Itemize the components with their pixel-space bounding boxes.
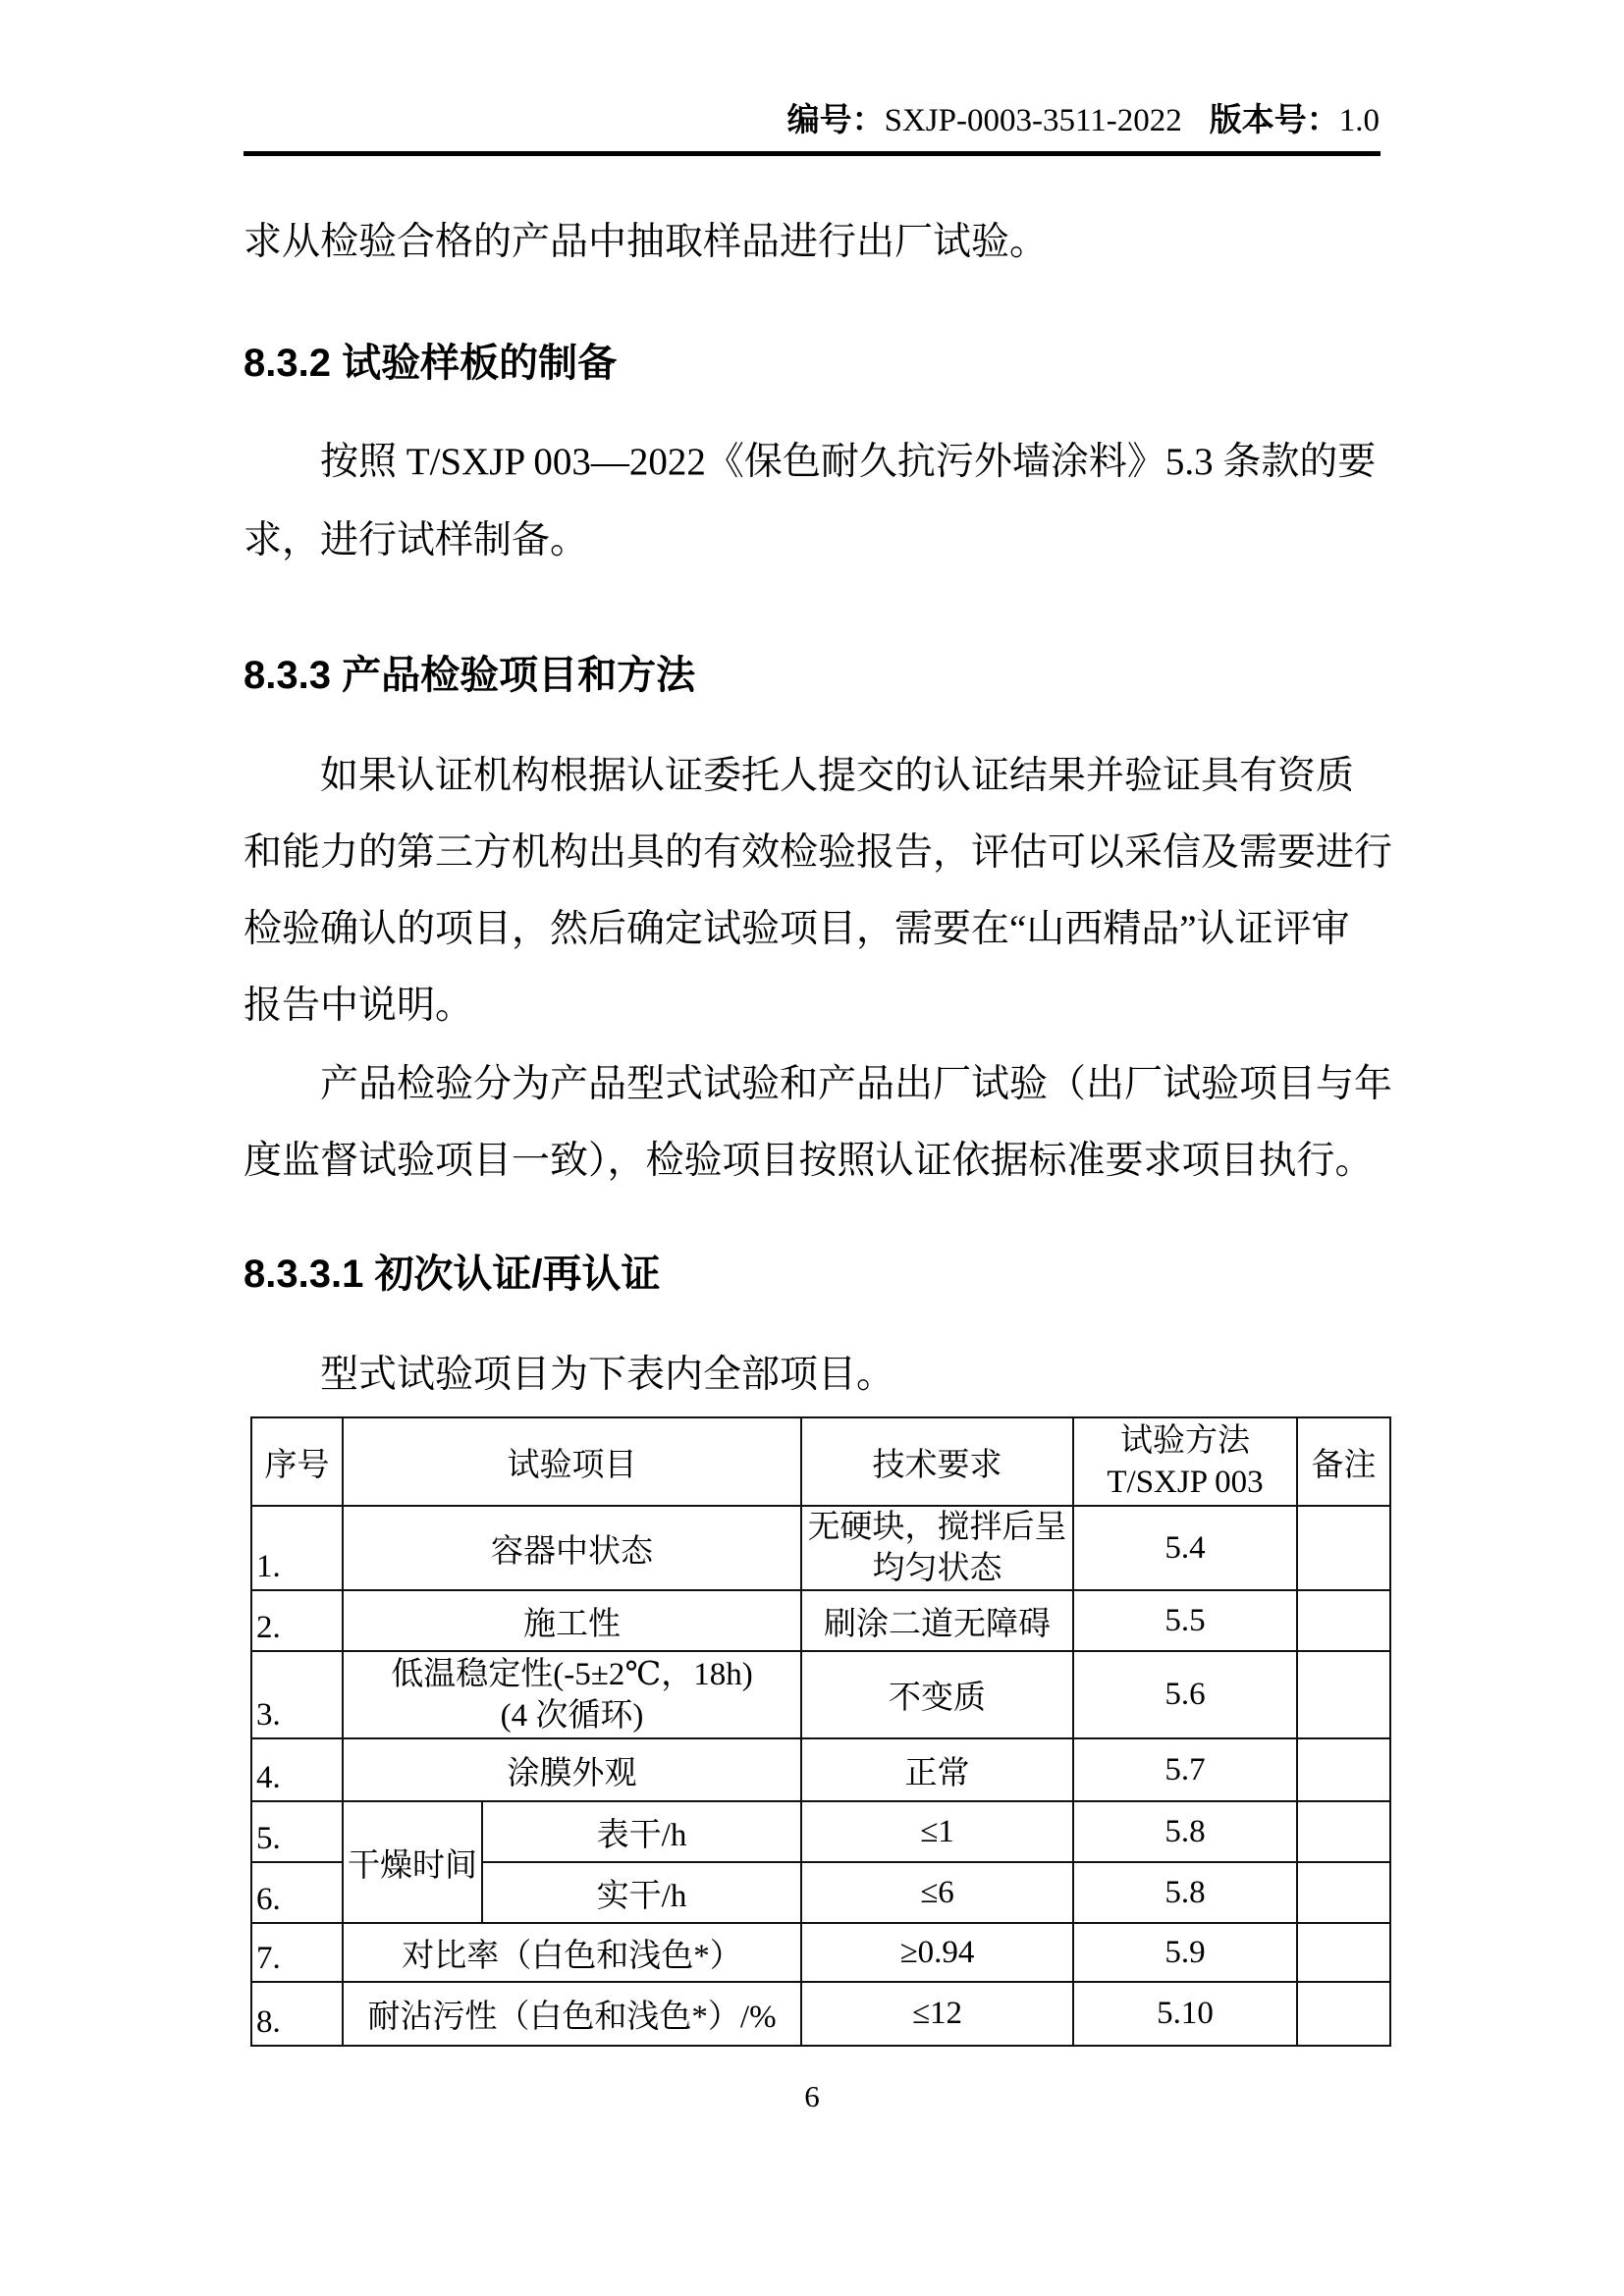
paragraph-line: 产品检验分为产品型式试验和产品出厂试验（出厂试验项目与年 xyxy=(244,1062,1392,1107)
paragraph-line: 如果认证机构根据认证委托人提交的认证结果并验证具有资质 xyxy=(244,754,1354,799)
tech-requirement: ≤1 xyxy=(801,1801,1073,1862)
doc-number-label: 编号： xyxy=(787,101,885,137)
test-method: 5.8 xyxy=(1073,1801,1297,1862)
test-method: 5.8 xyxy=(1073,1862,1297,1923)
col-header-item: 试验项目 xyxy=(343,1417,801,1506)
remark xyxy=(1297,1982,1390,2046)
test-item-line2: (4 次循环) xyxy=(348,1695,796,1736)
col-header-requirement: 技术要求 xyxy=(801,1417,1073,1506)
tech-requirement: 刷涂二道无障碍 xyxy=(801,1590,1073,1651)
row-number: 5. xyxy=(251,1801,343,1862)
test-method: 5.10 xyxy=(1073,1982,1297,2046)
table-row: 3. 低温稳定性(-5±2℃，18h) (4 次循环) 不变质 5.6 xyxy=(251,1651,1390,1738)
table-row: 4. 涂膜外观 正常 5.7 xyxy=(251,1738,1390,1801)
document-header: 编号：SXJP-0003-3511-2022版本号：1.0 xyxy=(787,94,1380,140)
header-rule xyxy=(244,151,1380,156)
table-row: 1. 容器中状态 无硬块，搅拌后呈 均匀状态 5.4 xyxy=(251,1506,1390,1590)
test-item: 低温稳定性(-5±2℃，18h) (4 次循环) xyxy=(343,1651,801,1738)
table-header-row: 序号 试验项目 技术要求 试验方法 T/SXJP 003 备注 xyxy=(251,1417,1390,1506)
remark xyxy=(1297,1862,1390,1923)
row-number: 7. xyxy=(251,1923,343,1982)
tech-requirement-line1: 无硬块，搅拌后呈 xyxy=(806,1507,1068,1548)
remark xyxy=(1297,1801,1390,1862)
test-item: 施工性 xyxy=(343,1590,801,1651)
table-row: 2. 施工性 刷涂二道无障碍 5.5 xyxy=(251,1590,1390,1651)
tech-requirement: ≤12 xyxy=(801,1982,1073,2046)
remark xyxy=(1297,1590,1390,1651)
paragraph-line: 求，进行试样制备。 xyxy=(244,518,588,563)
test-method: 5.6 xyxy=(1073,1651,1297,1738)
section-heading-8-3-3: 8.3.3 产品检验项目和方法 xyxy=(244,644,695,700)
section-heading-8-3-2: 8.3.2 试验样板的制备 xyxy=(244,332,617,388)
tech-requirement: 无硬块，搅拌后呈 均匀状态 xyxy=(801,1506,1073,1590)
test-item: 耐沾污性（白色和浅色*）/% xyxy=(343,1982,801,2046)
paragraph-line: 型式试验项目为下表内全部项目。 xyxy=(244,1353,894,1398)
test-item: 实干/h xyxy=(482,1862,801,1923)
tech-requirement: ≤6 xyxy=(801,1862,1073,1923)
col-header-method-line1: 试验方法 xyxy=(1078,1420,1292,1462)
col-header-method: 试验方法 T/SXJP 003 xyxy=(1073,1417,1297,1506)
table-row: 7. 对比率（白色和浅色*） ≥0.94 5.9 xyxy=(251,1923,1390,1982)
test-item-line1: 低温稳定性(-5±2℃，18h) xyxy=(348,1654,796,1695)
row-number: 4. xyxy=(251,1738,343,1801)
col-header-no: 序号 xyxy=(251,1417,343,1506)
row-number: 1. xyxy=(251,1506,343,1590)
remark xyxy=(1297,1506,1390,1590)
row-number: 8. xyxy=(251,1982,343,2046)
tech-requirement-line2: 均匀状态 xyxy=(806,1548,1068,1589)
remark xyxy=(1297,1651,1390,1738)
remark xyxy=(1297,1738,1390,1801)
paragraph-line: 和能力的第三方机构出具的有效检验报告，评估可以采信及需要进行 xyxy=(244,830,1392,876)
test-item: 对比率（白色和浅色*） xyxy=(343,1923,801,1982)
row-number: 3. xyxy=(251,1651,343,1738)
col-header-method-line2: T/SXJP 003 xyxy=(1078,1462,1292,1503)
col-header-remark: 备注 xyxy=(1297,1417,1390,1506)
paragraph-line: 按照 T/SXJP 003—2022《保色耐久抗污外墙涂料》5.3 条款的要 xyxy=(244,440,1376,485)
tech-requirement: ≥0.94 xyxy=(801,1923,1073,1982)
document-page: 编号：SXJP-0003-3511-2022版本号：1.0 求从检验合格的产品中… xyxy=(0,0,1624,2296)
test-method: 5.5 xyxy=(1073,1590,1297,1651)
page-number: 6 xyxy=(0,2079,1624,2114)
test-item: 表干/h xyxy=(482,1801,801,1862)
section-heading-8-3-3-1: 8.3.3.1 初次认证/再认证 xyxy=(244,1243,661,1299)
test-method: 5.7 xyxy=(1073,1738,1297,1801)
table-row: 5. 干燥时间 表干/h ≤1 5.8 xyxy=(251,1801,1390,1862)
tech-requirement: 正常 xyxy=(801,1738,1073,1801)
test-method: 5.9 xyxy=(1073,1923,1297,1982)
row-number: 2. xyxy=(251,1590,343,1651)
remark xyxy=(1297,1923,1390,1982)
doc-number-value: SXJP-0003-3511-2022 xyxy=(885,103,1182,138)
test-item-group: 干燥时间 xyxy=(343,1801,482,1923)
paragraph-line: 检验确认的项目，然后确定试验项目，需要在“山西精品”认证评审 xyxy=(244,907,1350,952)
table-row: 8. 耐沾污性（白色和浅色*）/% ≤12 5.10 xyxy=(251,1982,1390,2046)
test-item: 涂膜外观 xyxy=(343,1738,801,1801)
paragraph-line: 求从检验合格的产品中抽取样品进行出厂试验。 xyxy=(244,220,1048,265)
paragraph-line: 度监督试验项目一致），检验项目按照认证依据标准要求项目执行。 xyxy=(244,1139,1374,1184)
tech-requirement: 不变质 xyxy=(801,1651,1073,1738)
version-value: 1.0 xyxy=(1339,103,1380,138)
paragraph-line: 报告中说明。 xyxy=(244,984,473,1029)
test-items-table: 序号 试验项目 技术要求 试验方法 T/SXJP 003 备注 1. 容器中状态… xyxy=(250,1416,1391,2047)
row-number: 6. xyxy=(251,1862,343,1923)
test-item: 容器中状态 xyxy=(343,1506,801,1590)
version-label: 版本号： xyxy=(1210,101,1339,137)
test-method: 5.4 xyxy=(1073,1506,1297,1590)
